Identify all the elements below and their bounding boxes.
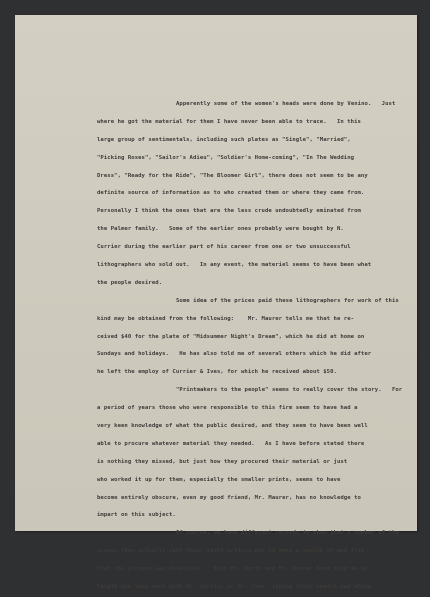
paragraph: "Printmakers to the people" seems to rea… (97, 382, 427, 525)
text-line: the Palmer family. Some of the earlier o… (97, 221, 427, 239)
text-line: a period of years those who were respons… (97, 400, 427, 418)
text-line: Sundays and holidays. He has also told m… (97, 346, 427, 364)
text-line: Currier during the earlier part of his c… (97, 239, 427, 257)
text-line: Some idea of the prices paid these litho… (97, 293, 427, 311)
document-body: Apperently some of the women's heads wer… (97, 96, 427, 550)
text-line: definite source of information as to who… (97, 185, 427, 203)
text-line: scenes they actually sent their staff ar… (97, 543, 427, 550)
text-line: impart on this subject. (97, 507, 427, 525)
typewritten-page: Apperently some of the women's heads wer… (15, 15, 417, 531)
text-line: lithographers who sold out. In any event… (97, 257, 427, 275)
text-line: Apperently some of the women's heads wer… (97, 96, 427, 114)
text-line: very keen knowledge of what the public d… (97, 418, 427, 436)
text-line: able to procure whatever material they n… (97, 436, 427, 454)
text-line: is nothing they missed, but just how the… (97, 454, 427, 472)
text-line: where he got the material for them I hav… (97, 114, 427, 132)
text-line: large group of sentimentals, including s… (97, 132, 427, 150)
paragraph: Of course, we have different records to … (97, 525, 427, 550)
text-line: he left the employ of Currier & Ives, fo… (97, 364, 427, 382)
paragraph: Some idea of the prices paid these litho… (97, 293, 427, 382)
text-line: "Printmakers to the people" seems to rea… (97, 382, 427, 400)
paragraph: Apperently some of the women's heads wer… (97, 96, 427, 293)
text-line: Personally I think the ones that are the… (97, 203, 427, 221)
text-line: kind may be obtained from the following:… (97, 311, 427, 329)
text-line: "Picking Roses", "Sailor's Adieu", "Sold… (97, 150, 427, 168)
text-line: who worked it up for them, especially th… (97, 472, 427, 490)
text-line: become entirely obscure, even my good fr… (97, 490, 427, 508)
text-line: ceived $40 for the plate of "Midsummer N… (97, 329, 427, 347)
text-line: the people desired. (97, 275, 427, 293)
text-line: Dress", "Ready for the Ride", "The Bloom… (97, 168, 427, 186)
text-line: Of course, we have different records to … (97, 525, 427, 543)
